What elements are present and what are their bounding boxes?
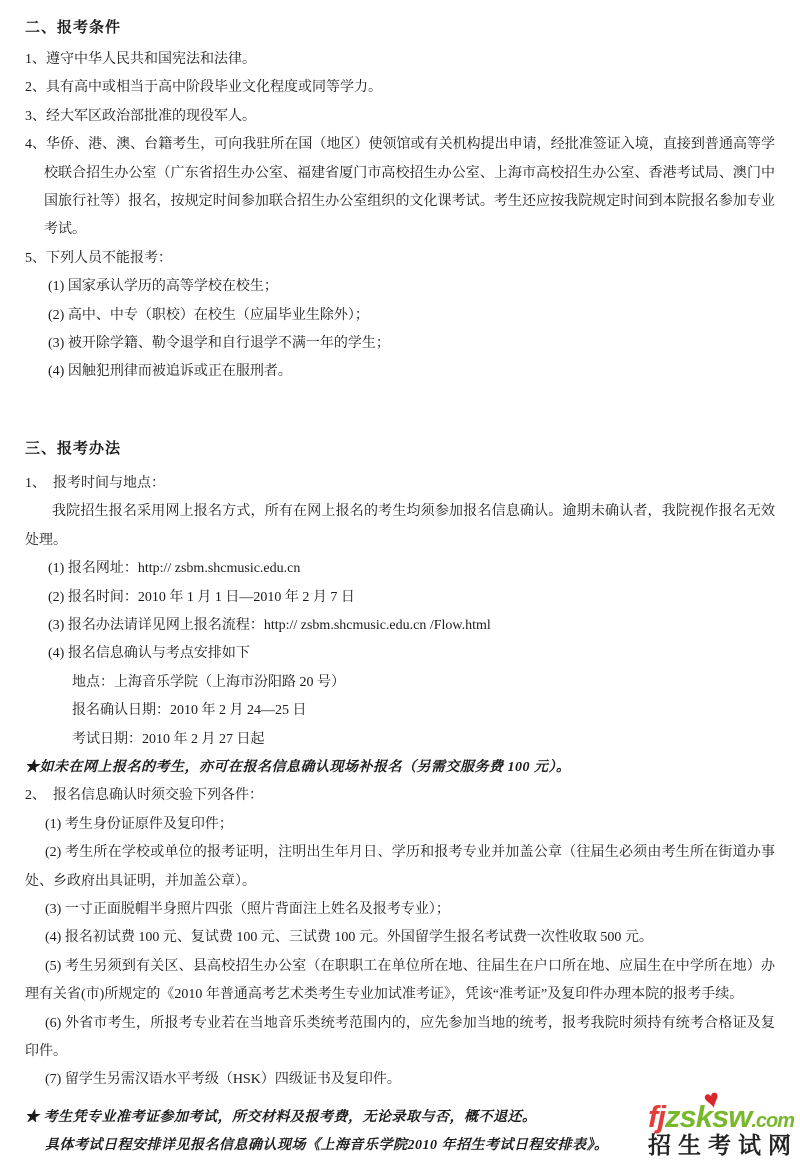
doc-line: 1、遵守中华人民共和国宪法和法律。 (25, 46, 775, 74)
doc-line: 考试日期：2010 年 2 月 27 日起 (25, 726, 775, 754)
watermark-logo: ♥fjzsksw.com 招生考试网 (648, 1101, 794, 1160)
doc-line: 3、经大军区政治部批准的现役军人。 (25, 103, 775, 131)
doc-line: (4) 因触犯刑律而被追诉或正在服刑者。 (25, 358, 775, 386)
doc-line: (2) 高中、中专（职校）在校生（应届毕业生除外）； (25, 302, 775, 330)
doc-line: 2、具有高中或相当于高中阶段毕业文化程度或同等学力。 (25, 74, 775, 102)
doc-line: 地点：上海音乐学院（上海市汾阳路 20 号） (25, 669, 775, 697)
section-body-procedure: 1、 报考时间与地点：我院招生报名采用网上报名方式，所有在网上报名的考生均须参加… (25, 470, 775, 1095)
doc-line: (2) 报名时间：2010 年 1 月 1 日—2010 年 2 月 7 日 (25, 584, 775, 612)
doc-line: (3) 一寸正面脱帽半身照片四张（照片背面注上姓名及报考专业）； (25, 896, 775, 924)
doc-line: (7) 留学生另需汉语水平考级（HSK）四级证书及复印件。 (25, 1066, 775, 1094)
doc-line: (1) 报名网址：http:// zsbm.shcmusic.edu.cn (25, 555, 775, 583)
doc-line: 2、 报名信息确认时须交验下列各件： (25, 782, 775, 810)
doc-line: ★如未在网上报名的考生，亦可在报名信息确认现场补报名（另需交服务费 100 元）… (25, 754, 775, 782)
doc-line: (4) 报名信息确认与考点安排如下 (25, 640, 775, 668)
watermark-prefix: fj (648, 1099, 665, 1134)
section-heading-requirements: 二、报考条件 (25, 14, 775, 42)
doc-line: (5) 考生另须到有关区、县高校招生办公室（在职职工在单位所在地、往届生在户口所… (25, 953, 775, 1010)
doc-line: (3) 被开除学籍、勒令退学和自行退学不满一年的学生； (25, 330, 775, 358)
doc-line: (2) 考生所在学校或单位的报考证明，注明出生年月日、学历和报考专业并加盖公章（… (25, 839, 775, 896)
doc-line: (1) 国家承认学历的高等学校在校生； (25, 273, 775, 301)
doc-line: 5、下列人员不能报考： (25, 245, 775, 273)
doc-line: (6) 外省市考生，所报考专业若在当地音乐类统考范围内的，应先参加当地的统考，报… (25, 1010, 775, 1067)
section-heading-procedure: 三、报考办法 (25, 435, 775, 463)
section-body-requirements: 1、遵守中华人民共和国宪法和法律。2、具有高中或相当于高中阶段毕业文化程度或同等… (25, 46, 775, 387)
document-page: 二、报考条件 1、遵守中华人民共和国宪法和法律。2、具有高中或相当于高中阶段毕业… (0, 0, 800, 1164)
doc-line: 4、华侨、港、澳、台籍考生，可向我驻所在国（地区）使领馆或有关机构提出申请，经批… (25, 131, 775, 245)
watermark-site-url: ♥fjzsksw.com (648, 1101, 794, 1132)
doc-line: 报名确认日期：2010 年 2 月 24—25 日 (25, 697, 775, 725)
doc-line: 我院招生报名采用网上报名方式，所有在网上报名的考生均须参加报名信息确认。逾期未确… (25, 498, 775, 555)
doc-line: (4) 报名初试费 100 元、复试费 100 元、三试费 100 元。外国留学… (25, 924, 775, 952)
doc-line: 1、 报考时间与地点： (25, 470, 775, 498)
watermark-tld: .com (751, 1110, 794, 1132)
watermark-caption: 招生考试网 (648, 1132, 798, 1160)
doc-line: (1) 考生身份证原件及复印件； (25, 811, 775, 839)
doc-line: (3) 报名办法请详见网上报名流程：http:// zsbm.shcmusic.… (25, 612, 775, 640)
